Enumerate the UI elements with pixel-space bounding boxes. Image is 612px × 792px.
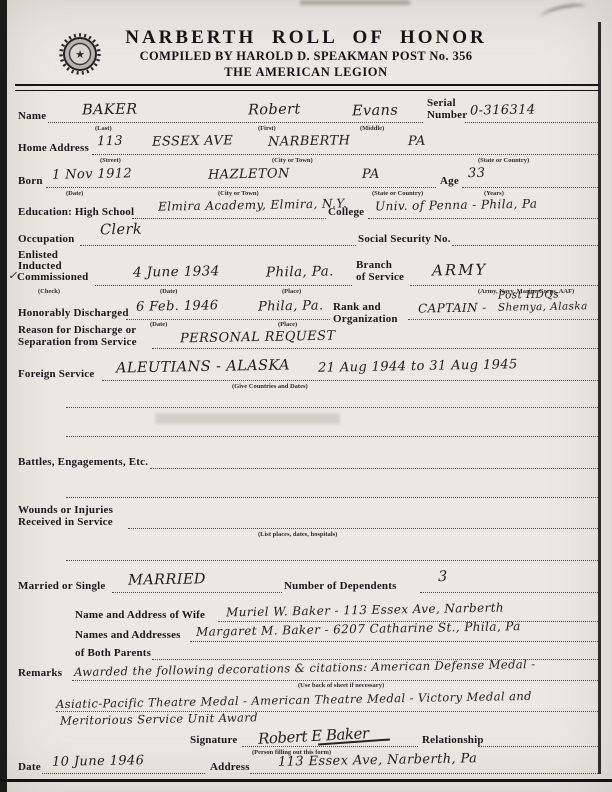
form-title: NARBERTH ROLL OF HONOR — [0, 27, 612, 49]
dependents-label: Number of Dependents — [284, 581, 397, 592]
discharge-line — [126, 319, 330, 320]
name-middle-value: Evans — [352, 104, 398, 119]
signature-value: Robert E Baker — [258, 724, 369, 748]
name-first-value: Robert — [248, 103, 301, 118]
age-value: 33 — [468, 167, 486, 180]
born-label: Born — [18, 176, 43, 187]
discharge-sub-place: (Place) — [278, 322, 297, 329]
education-label: Education: High School — [18, 207, 134, 218]
date-line — [42, 773, 205, 774]
remarks-sub: (Use back of sheet if necessary) — [298, 683, 384, 690]
blank-line-3 — [66, 497, 598, 498]
relationship-line — [478, 746, 598, 747]
age-label: Age — [440, 176, 459, 187]
branch-label-2: of Service — [356, 272, 404, 283]
scan-left-edge — [0, 0, 7, 792]
form-organization: THE AMERICAN LEGION — [0, 65, 612, 80]
marital-line — [112, 592, 282, 593]
born-city-value: HAZLETON — [208, 167, 290, 181]
parents-label-2: of Both Parents — [75, 648, 151, 659]
serial-value: 0-316314 — [470, 103, 536, 117]
home-address-street-value: ESSEX AVE — [152, 134, 233, 148]
foreign-service-label: Foreign Service — [18, 369, 94, 380]
born-date-value: 1 Nov 1912 — [52, 167, 132, 181]
wife-value: Muriel W. Baker - 113 Essex Ave, Narbert… — [226, 602, 504, 619]
home-address-sub-state: (State or Country) — [478, 158, 529, 165]
wounds-sub: (List places, dates, hospitals) — [258, 532, 337, 539]
foreign-service-dates-value: 21 Aug 1944 to 31 Aug 1945 — [318, 358, 518, 374]
home-address-number-value: 113 — [97, 135, 123, 148]
serial-label-1: Serial — [427, 98, 456, 109]
remarks-value-2: Asiatic-Pacific Theatre Medal - American… — [56, 691, 532, 711]
wounds-label-1: Wounds or Injuries — [18, 505, 113, 516]
born-state-value: PA — [362, 168, 380, 181]
scan-smudge-corner — [539, 2, 586, 22]
home-address-sub-city: (City or Town) — [272, 158, 313, 165]
reason-value: PERSONAL REQUEST — [180, 330, 336, 346]
service-entry-line — [95, 285, 352, 286]
marital-value: MARRIED — [128, 572, 206, 588]
reason-line — [152, 348, 598, 349]
service-entry-date-value: 4 June 1934 — [133, 265, 220, 280]
blank-line-2 — [66, 436, 598, 437]
remarks-line-1 — [72, 680, 598, 681]
branch-line — [410, 285, 598, 286]
wife-label: Name and Address of Wife — [75, 610, 205, 621]
battles-line — [150, 468, 598, 469]
occupation-value: Clerk — [100, 223, 142, 238]
foreign-service-value: ALEUTIANS - ALASKA — [116, 358, 290, 376]
ssn-label: Social Security No. — [358, 234, 451, 245]
name-sub-middle: (Middle) — [360, 126, 384, 133]
home-address-line — [92, 154, 598, 155]
parents-label-1: Names and Addresses — [75, 630, 181, 641]
education-highschool-value: Elmira Academy, Elmira, N.Y. — [158, 197, 347, 212]
battles-label: Battles, Engagements, Etc. — [18, 457, 148, 468]
reason-label-2: Separation from Service — [18, 337, 137, 348]
born-sub-city: (City or Town) — [218, 191, 259, 198]
name-line — [48, 122, 423, 123]
dependents-value: 3 — [438, 570, 448, 585]
remarks-value-1: Awarded the following decorations & cita… — [74, 659, 536, 679]
header-divider — [15, 84, 599, 91]
service-entry-place-value: Phila, Pa. — [266, 265, 334, 280]
ssn-line — [452, 245, 598, 246]
occupation-label: Occupation — [18, 234, 74, 245]
remarks-value-3: Meritorious Service Unit Award — [60, 712, 258, 727]
reason-label-1: Reason for Discharge or — [18, 325, 136, 336]
born-sub-state: (State or Country) — [372, 191, 423, 198]
wounds-line — [128, 528, 598, 529]
signature-label: Signature — [190, 735, 237, 746]
branch-label-1: Branch — [356, 260, 392, 271]
rank-note-bottom-value: Shemya, Alaska — [498, 301, 588, 313]
rank-value: CAPTAIN - — [418, 301, 487, 314]
scan-smudge-top — [300, 0, 410, 5]
address-label: Address — [210, 762, 250, 773]
name-label: Name — [18, 111, 46, 122]
discharge-label: Honorably Discharged — [18, 308, 129, 319]
name-last-value: BAKER — [82, 103, 138, 118]
home-address-city-value: NARBERTH — [268, 134, 351, 148]
rank-label-2: Organization — [333, 314, 398, 325]
education-college-label: College — [328, 207, 364, 218]
education-college-line — [368, 218, 598, 219]
address-line — [250, 773, 598, 774]
marital-label: Married or Single — [18, 581, 106, 592]
home-address-state-value: PA — [408, 135, 426, 148]
date-value: 10 June 1946 — [52, 754, 145, 769]
remarks-label: Remarks — [18, 668, 62, 679]
parents-value: Margaret M. Baker - 6207 Catharine St., … — [196, 620, 521, 638]
parents-line — [190, 641, 598, 642]
service-entry-commissioned-label: Commissioned — [17, 272, 88, 283]
home-address-label: Home Address — [18, 143, 89, 154]
rank-note-top-value: Post HDQs — [498, 289, 559, 301]
discharge-sub-date: (Date) — [150, 322, 167, 329]
discharge-date-value: 6 Feb. 1946 — [136, 299, 219, 313]
foreign-service-sub: (Give Countries and Dates) — [232, 384, 308, 391]
service-entry-sub-place: (Place) — [282, 289, 301, 296]
name-sub-last: (Last) — [95, 126, 112, 133]
rank-line — [408, 319, 598, 320]
home-address-sub-street: (Street) — [100, 158, 121, 165]
born-sub-date: (Date) — [66, 191, 83, 198]
dependents-line — [420, 592, 598, 593]
service-entry-sub-date: (Date) — [160, 289, 177, 296]
address-value: 113 Essex Ave, Narberth, Pa — [278, 752, 477, 768]
discharge-place-value: Phila, Pa. — [258, 299, 324, 313]
born-line — [46, 187, 436, 188]
foreign-service-line — [102, 380, 598, 381]
rank-label-1: Rank and — [333, 302, 381, 313]
scanned-form-page: ★ NARBERTH ROLL OF HONOR COMPILED BY HAR… — [0, 0, 612, 792]
scan-right-edge — [598, 22, 601, 774]
date-label: Date — [18, 762, 41, 773]
serial-label-2: Number — [427, 110, 467, 121]
education-hs-line — [132, 218, 326, 219]
age-line — [462, 187, 598, 188]
occupation-line — [80, 245, 356, 246]
wounds-label-2: Received in Service — [18, 517, 113, 528]
scan-smudge-mid — [155, 413, 340, 424]
education-college-value: Univ. of Penna - Phila, Pa — [375, 198, 538, 213]
form-subtitle: COMPILED BY HAROLD D. SPEAKMAN POST No. … — [0, 49, 612, 64]
name-sub-first: (First) — [258, 126, 276, 133]
branch-value: ARMY — [432, 263, 488, 279]
scan-bottom-rule — [0, 779, 612, 782]
service-entry-sub-check: (Check) — [38, 289, 60, 296]
blank-line-4 — [66, 560, 598, 561]
serial-line — [465, 122, 598, 123]
blank-line-1 — [66, 407, 598, 408]
relationship-label: Relationship — [422, 735, 484, 746]
